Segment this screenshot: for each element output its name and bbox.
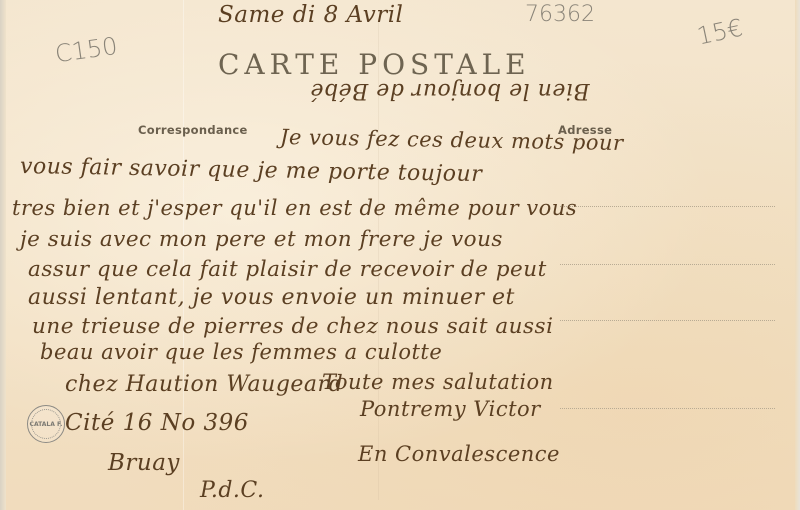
- sender-city: Bruay: [108, 450, 180, 476]
- letter-line: vous fair savoir que je me porte toujour: [20, 154, 483, 187]
- pencil-reference-number: 76362: [525, 2, 595, 27]
- pencil-catalog-code: C150: [53, 32, 119, 68]
- closing-salutation: Toute mes salutation: [322, 370, 554, 394]
- convalescence-note: En Convalescence: [358, 442, 560, 466]
- postcard-title: CARTE POSTALE: [218, 48, 531, 81]
- letter-line: beau avoir que les femmes a culotte: [40, 340, 442, 364]
- letter-line: Je vous fez ces deux mots pour: [280, 125, 624, 155]
- handwritten-date: Same di 8 Avril: [218, 2, 403, 28]
- card-left-edge: [0, 0, 6, 510]
- correspondence-label: Correspondance: [138, 123, 248, 137]
- sender-street: Cité 16 No 396: [65, 410, 249, 436]
- address-line: [560, 206, 775, 207]
- letter-line: je suis avec mon pere et mon frere je vo…: [20, 227, 503, 252]
- address-line: [560, 264, 775, 265]
- sender-region: P.d.C.: [200, 478, 264, 503]
- stamp-text: CATALA F.: [30, 421, 63, 428]
- letter-line: tres bien et j'esper qu'il en est de mêm…: [12, 196, 577, 220]
- letter-line: assur que cela fait plaisir de recevoir …: [28, 257, 547, 282]
- postcard-back: CARTE POSTALE Correspondance Adresse C15…: [0, 0, 800, 510]
- printer-stamp-icon: CATALA F.: [27, 405, 65, 443]
- card-right-edge: [795, 0, 800, 510]
- signature: Pontremy Victor: [360, 397, 541, 421]
- pencil-price: 15€: [695, 14, 746, 51]
- address-line: [560, 320, 775, 321]
- letter-line: aussi lentant, je vous envoie un minuer …: [28, 285, 515, 310]
- sender-address: chez Haution Waugeard: [65, 372, 343, 397]
- address-line: [560, 408, 775, 409]
- letter-line: une trieuse de pierres de chez nous sait…: [32, 314, 553, 339]
- handwritten-upside-down-greeting: Bien le bonjour de Bébé: [310, 78, 590, 103]
